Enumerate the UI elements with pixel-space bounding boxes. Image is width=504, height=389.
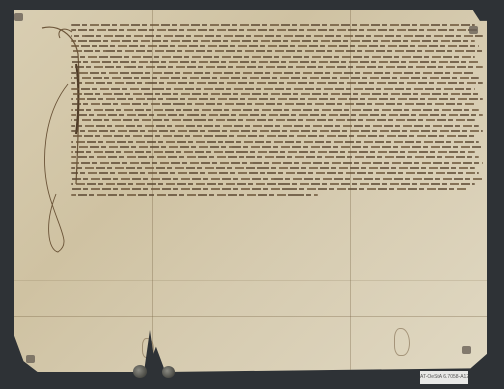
handwritten-text-line	[71, 167, 475, 169]
handwritten-text-line	[71, 29, 479, 31]
handwritten-text-line	[71, 35, 483, 37]
handwritten-text-line	[71, 119, 475, 121]
handwritten-text-line	[71, 172, 479, 174]
handwritten-text-line	[71, 72, 475, 74]
handwritten-text-line	[71, 151, 475, 153]
handwritten-text-line	[71, 88, 475, 90]
handwritten-text-line	[71, 93, 479, 95]
handwritten-text-line	[71, 77, 479, 79]
handwritten-text-line	[71, 50, 483, 52]
handwritten-text-line	[71, 156, 479, 158]
seal	[162, 366, 175, 378]
mounting-corner	[469, 26, 478, 34]
parchment-sheet	[14, 10, 487, 372]
handwritten-text-line	[71, 98, 483, 100]
signature-mark	[394, 328, 410, 356]
handwritten-text-line	[71, 125, 479, 127]
handwritten-text-line	[71, 66, 483, 68]
manuscript-text-block	[71, 24, 483, 274]
handwritten-text-line	[71, 40, 475, 42]
parchment-tear	[144, 330, 156, 372]
handwritten-text-line	[71, 194, 318, 196]
handwritten-text-line	[71, 141, 479, 143]
fold-line-horizontal	[14, 280, 487, 281]
fold-line-horizontal	[14, 316, 487, 317]
handwritten-text-line	[71, 146, 483, 148]
handwritten-text-line	[71, 188, 467, 190]
handwritten-text-line	[71, 183, 475, 185]
handwritten-text-line	[71, 61, 479, 63]
handwritten-text-line	[71, 24, 475, 26]
handwritten-text-line	[71, 162, 483, 164]
mounting-corner	[14, 13, 23, 21]
handwritten-text-line	[71, 109, 479, 111]
archive-reference-label: AT-OeStA 6.7058-A12	[420, 371, 468, 384]
handwritten-text-line	[71, 178, 483, 180]
handwritten-text-line	[71, 103, 475, 105]
handwritten-text-line	[71, 56, 475, 58]
handwritten-text-line	[71, 135, 475, 137]
handwritten-text-line	[71, 45, 479, 47]
mounting-corner	[462, 346, 471, 354]
mounting-corner	[26, 355, 35, 363]
handwritten-text-line	[71, 130, 483, 132]
handwritten-text-line	[71, 114, 483, 116]
seal	[133, 365, 147, 378]
handwritten-text-line	[71, 82, 483, 84]
